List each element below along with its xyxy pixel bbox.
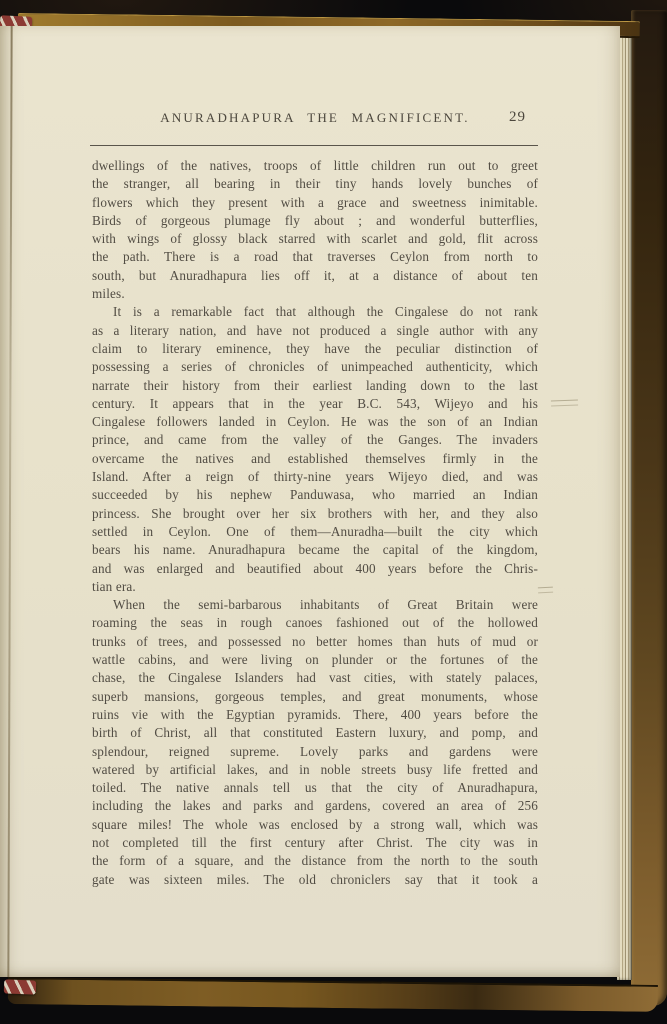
text-line: gate was sixteen miles. The old chronicl… — [92, 871, 538, 889]
text-line: narrate their history from their earlies… — [92, 377, 538, 395]
text-line: possessing a series of chronicles of uni… — [92, 358, 538, 376]
text-line: Cingalese followers landed in Ceylon. He… — [92, 413, 538, 431]
body-text: dwellings of the natives, troops of litt… — [92, 157, 538, 889]
text-line: wattle cabins, and were living on plunde… — [92, 651, 538, 669]
page-crease — [7, 26, 12, 977]
text-line: square miles! The whole was enclosed by … — [92, 816, 538, 834]
text-line: claim to literary eminence, they have th… — [92, 340, 538, 358]
text-line: and was enlarged and beautified about 40… — [92, 560, 538, 578]
text-line: as a literary nation, and have not produ… — [92, 322, 538, 340]
text-line: roaming the seas in rough canoes fashion… — [92, 614, 538, 632]
text-line: superb mansions, gorgeous temples, and g… — [92, 688, 538, 706]
text-line: watered by artificial lakes, and in nobl… — [92, 761, 538, 779]
text-line: flowers which they present with a grace … — [92, 194, 538, 212]
book-photo-scene: ANURADHAPURA THE MAGNIFICENT. 29 dwellin… — [0, 0, 667, 1024]
text-line: princess. She brought over her six broth… — [92, 505, 538, 523]
text-line: prince, and came from the valley of the … — [92, 431, 538, 449]
text-line: toiled. The native annals tell us that t… — [92, 779, 538, 797]
text-line: succeeded by his nephew Panduwasa, who m… — [92, 486, 538, 504]
book-cover-edge-bottom — [8, 977, 658, 1012]
text-line: settled in Ceylon. One of them—Anuradha—… — [92, 523, 538, 541]
text-line: It is a remarkable fact that although th… — [92, 303, 538, 321]
header-rule — [90, 145, 538, 146]
text-line: chase, the Cingalese Islanders had vast … — [92, 669, 538, 687]
text-line: miles. — [92, 285, 538, 303]
text-line: century. It appears that in the year B.C… — [92, 395, 538, 413]
text-line: with wings of glossy black starred with … — [92, 230, 538, 248]
text-line: the stranger, all bearing in their tiny … — [92, 175, 538, 193]
page-number: 29 — [509, 109, 526, 126]
text-line: ruins vie with the Egyptian pyramids. Th… — [92, 706, 538, 724]
book-page: ANURADHAPURA THE MAGNIFICENT. 29 dwellin… — [0, 26, 620, 977]
page-title: ANURADHAPURA THE MAGNIFICENT. — [92, 110, 538, 126]
text-line: the form of a square, and the distance f… — [92, 852, 538, 870]
text-line: overcame the natives and established the… — [92, 450, 538, 468]
headband-bottom — [4, 979, 36, 994]
text-line: bears his name. Anuradhapura became the … — [92, 541, 538, 559]
text-line: dwellings of the natives, troops of litt… — [92, 157, 538, 175]
text-line: not completed till the first century aft… — [92, 834, 538, 852]
text-line: When the semi-barbarous inhabitants of G… — [92, 596, 538, 614]
running-header: ANURADHAPURA THE MAGNIFICENT. 29 — [92, 110, 538, 128]
margin-pencil-mark — [538, 587, 553, 594]
text-line: south, but Anuradhapura lies off it, at … — [92, 267, 538, 285]
text-line: the path. There is a road that traverses… — [92, 248, 538, 266]
book-cover-edge-right — [631, 10, 667, 1006]
text-line: trunks of trees, and possessed no better… — [92, 633, 538, 651]
text-line: birth of Christ, all that constituted Ea… — [92, 724, 538, 742]
text-line: Birds of gorgeous plumage fly about ; an… — [92, 212, 538, 230]
text-line: tian era. — [92, 578, 538, 596]
margin-pencil-mark — [551, 400, 578, 407]
text-line: Island. After a reign of thirty-nine yea… — [92, 468, 538, 486]
text-line: including the lakes and parks and garden… — [92, 797, 538, 815]
text-line: splendour, reigned supreme. Lovely parks… — [92, 743, 538, 761]
